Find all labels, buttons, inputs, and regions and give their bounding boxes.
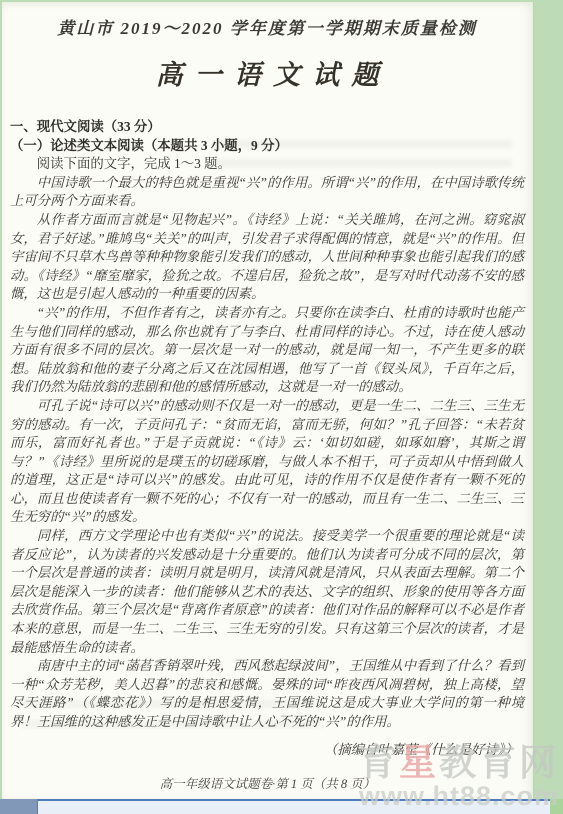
exam-header-line: 黄山市 2019～2020 学年度第一学期期末质量检测 <box>10 16 524 42</box>
passage-paragraph: 可孔子说“诗可以兴”的感动则不仅是一对一的感动，更是一生二、二生三、三生无穷的感… <box>10 397 524 527</box>
passage-paragraph: “兴”的作用，不但作者有之，读者亦有之。只要你在读李白、杜甫的诗歌时也能产生与他… <box>10 304 524 397</box>
section-heading: 一、现代文阅读（33 分） <box>10 118 524 137</box>
exam-paper-page: 黄山市 2019～2020 学年度第一学期期末质量检测 高一语文试题 一、现代文… <box>2 2 534 801</box>
reading-instruction: 阅读下面的文字，完成 1～3 题。 <box>10 155 524 174</box>
subsection-heading: （一）论述类文本阅读（本题共 3 小题，9 分） <box>10 137 524 156</box>
passage-paragraph: 同样，西方文学理论中也有类似“兴”的说法。接受美学一个很重要的理论就是“读者反应… <box>10 527 524 657</box>
reading-passage-section: 一、现代文阅读（33 分） （一）论述类文本阅读（本题共 3 小题，9 分） 阅… <box>10 118 524 759</box>
passage-paragraph: 中国诗歌一个最大的特色就是重视“兴”的作用。所谓“兴”的作用，在中国诗歌传统上可… <box>10 174 524 211</box>
page-content: 黄山市 2019～2020 学年度第一学期期末质量检测 高一语文试题 一、现代文… <box>2 2 533 759</box>
scrollbar-corner <box>550 799 563 814</box>
scrollbar-thumb[interactable] <box>0 799 38 814</box>
page-number-footer: 高一年级语文试题卷·第 1 页（共 8 页） <box>2 774 533 792</box>
horizontal-scrollbar[interactable] <box>0 799 563 814</box>
passage-paragraph: 南唐中主的词“菡萏香销翠叶残，西风愁起绿波间”，王国维从中看到了什么？看到一种“… <box>10 657 524 731</box>
scanned-document-view: 黄山市 2019～2020 学年度第一学期期末质量检测 高一语文试题 一、现代文… <box>0 0 563 814</box>
exam-title: 高一语文试题 <box>10 57 524 93</box>
passage-paragraph: 从作者方面而言就是“见物起兴”。《诗经》上说：“关关雎鸠，在河之洲。窈窕淑女，君… <box>10 211 524 304</box>
source-attribution: （摘编自叶嘉莹《什么是好诗》） <box>10 741 524 760</box>
